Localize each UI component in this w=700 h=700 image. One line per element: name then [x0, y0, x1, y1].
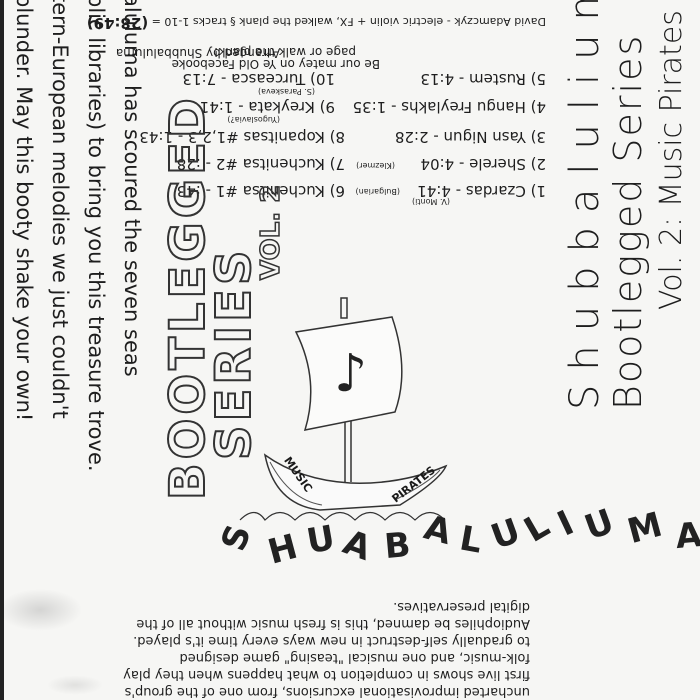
band-letter: A: [674, 515, 700, 557]
album-cover: Shubbalulium a Bootlegged Series Vol. 2:…: [0, 0, 700, 700]
band-letter: U: [303, 518, 337, 562]
description-line: uncharted improvisational excursions, fr…: [150, 683, 530, 700]
band-letter: L: [457, 518, 485, 561]
band-name-artwork: S H U A B A L U L I U M A: [230, 520, 700, 560]
eighth-note-icon: ♪: [334, 348, 367, 400]
description-text: uncharted improvisational excursions, fr…: [150, 595, 530, 700]
description-line: digital preservatives.: [150, 598, 530, 615]
description-line: first live shows in completion to what h…: [150, 666, 530, 683]
description-line: Audiophiles be damned, this is fresh mus…: [150, 615, 530, 632]
description-line: folk-music, and one musical "teasing" ga…: [150, 649, 530, 666]
band-letter: B: [383, 525, 412, 567]
description-line: to gradually self-destruct in new ways e…: [150, 632, 530, 649]
